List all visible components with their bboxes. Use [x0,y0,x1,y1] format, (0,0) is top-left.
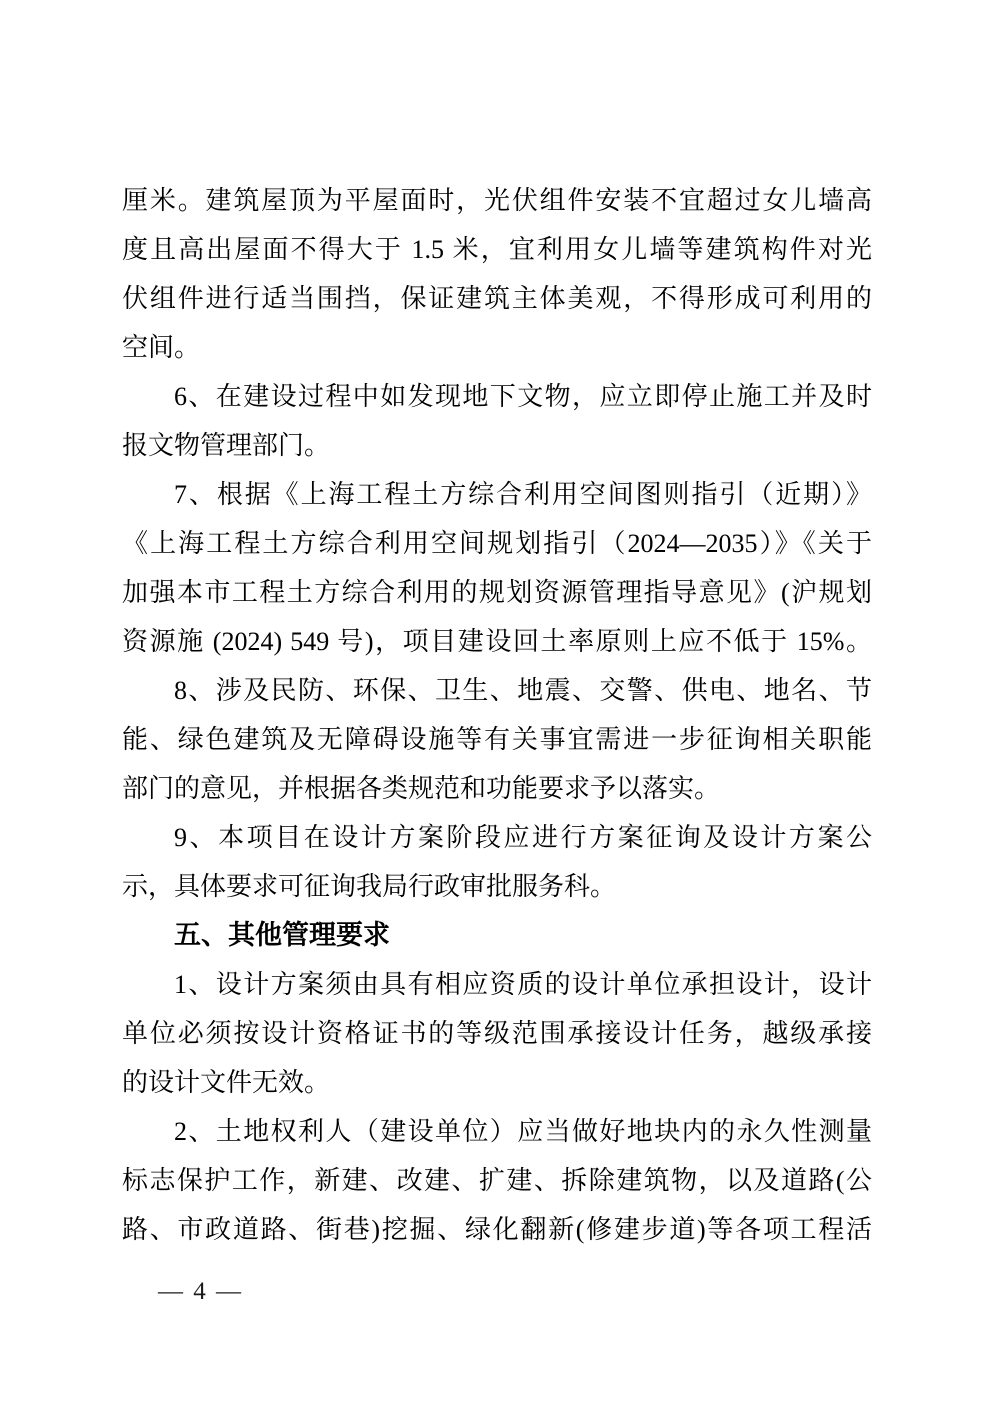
document-body: 厘米。建筑屋顶为平屋面时，光伏组件安装不宜超过女儿墙高 度且高出屋面不得大于 1… [122,176,872,1254]
body-line: 度且高出屋面不得大于 1.5 米，宜利用女儿墙等建筑构件对光 [122,225,872,274]
body-line: 路、市政道路、街巷)挖掘、绿化翻新(修建步道)等各项工程活 [122,1205,872,1254]
body-line: 伏组件进行适当围挡，保证建筑主体美观，不得形成可利用的 [122,274,872,323]
body-line: 1、设计方案须由具有相应资质的设计单位承担设计，设计 [122,960,872,1009]
body-line: 部门的意见，并根据各类规范和功能要求予以落实。 [122,764,872,813]
body-line: 的设计文件无效。 [122,1058,872,1107]
body-line: 8、涉及民防、环保、卫生、地震、交警、供电、地名、节 [122,666,872,715]
body-line: 7、根据《上海工程土方综合利用空间图则指引（近期）》 [122,470,872,519]
body-line: 《上海工程土方综合利用空间规划指引（2024—2035）》《关于 [122,519,872,568]
body-line: 标志保护工作，新建、改建、扩建、拆除建筑物，以及道路(公 [122,1156,872,1205]
body-line: 示，具体要求可征询我局行政审批服务科。 [122,862,872,911]
page-number: — 4 — [158,1272,243,1312]
body-line: 单位必须按设计资格证书的等级范围承接设计任务，越级承接 [122,1009,872,1058]
document-page: 厘米。建筑屋顶为平屋面时，光伏组件安装不宜超过女儿墙高 度且高出屋面不得大于 1… [0,0,992,1403]
body-line: 报文物管理部门。 [122,421,872,470]
section-heading: 五、其他管理要求 [122,911,872,960]
body-line: 加强本市工程土方综合利用的规划资源管理指导意见》(沪规划 [122,568,872,617]
body-line: 能、绿色建筑及无障碍设施等有关事宜需进一步征询相关职能 [122,715,872,764]
body-line: 空间。 [122,323,872,372]
body-line: 厘米。建筑屋顶为平屋面时，光伏组件安装不宜超过女儿墙高 [122,176,872,225]
body-line: 6、在建设过程中如发现地下文物，应立即停止施工并及时 [122,372,872,421]
body-line: 9、本项目在设计方案阶段应进行方案征询及设计方案公 [122,813,872,862]
body-line: 资源施 (2024) 549 号)，项目建设回土率原则上应不低于 15%。 [122,617,872,666]
body-line: 2、土地权利人（建设单位）应当做好地块内的永久性测量 [122,1107,872,1156]
